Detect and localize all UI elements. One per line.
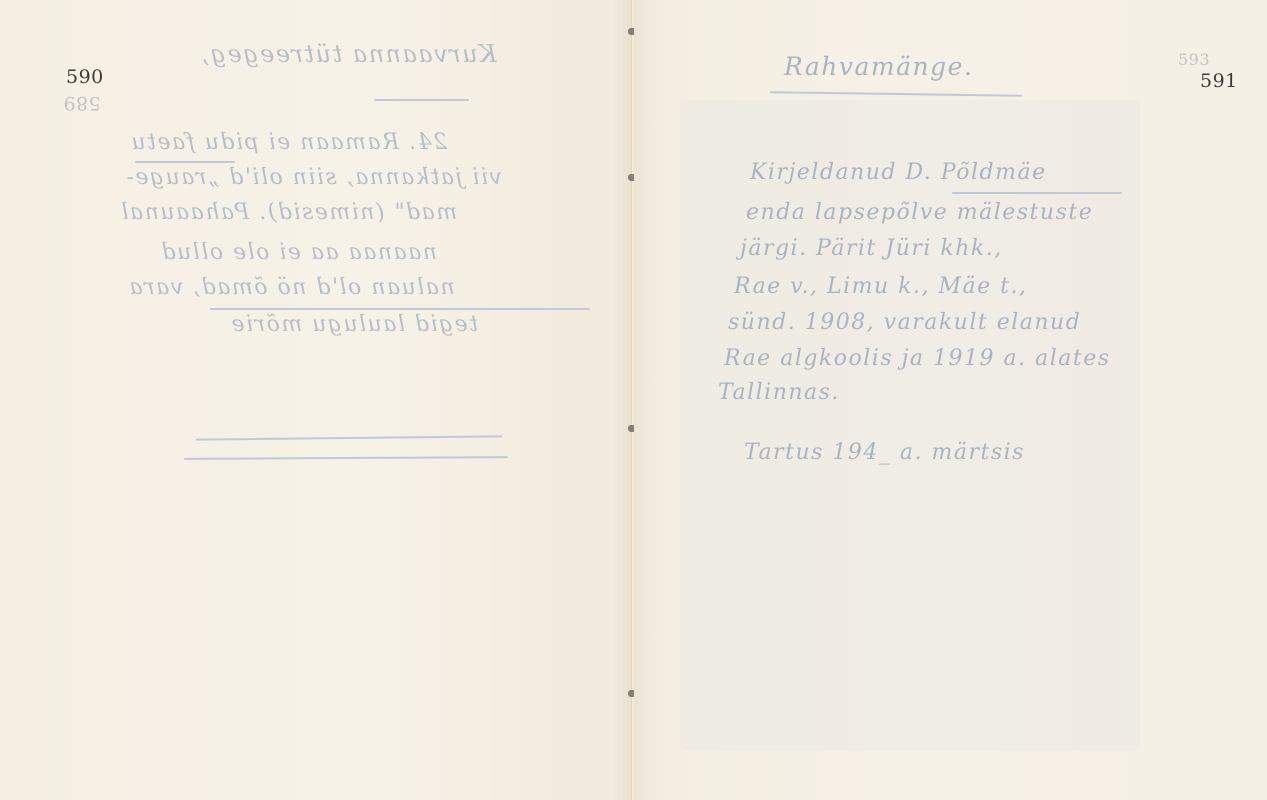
bleed-line-6: tegid laulugu mõrie: [230, 312, 478, 337]
name-underline: [952, 192, 1122, 194]
bleed-rule: [210, 308, 590, 310]
title-underline: [770, 91, 1022, 97]
bleed-line-3: mad" (nimesid). Pahaaunal: [120, 200, 457, 225]
bleed-underline: [135, 161, 235, 163]
closing-rule-2: [184, 456, 508, 460]
right-page-number: 591: [1200, 70, 1238, 92]
right-page: 593 591 Rahvamänge. Kirjeldanud D. Põldm…: [634, 0, 1267, 800]
body-line-4: Rae v., Limu k., Mäe t.,: [734, 274, 1027, 299]
body-line-1: Kirjeldanud D. Põldmäe: [750, 160, 1047, 185]
document-title: Rahvamänge.: [784, 52, 973, 81]
ghost-text-block: [680, 100, 1140, 750]
bleed-through-title: Kurvaanna tütreegeg,: [200, 40, 497, 68]
left-page-number: 590: [66, 66, 104, 88]
body-line-7: Tallinnas.: [718, 380, 840, 405]
date-line: Tartus 194_ a. märtsis: [744, 440, 1025, 465]
body-line-6: Rae algkoolis ja 1919 a. alates: [724, 346, 1111, 371]
bleed-line-5: naluan ol'd nö õmad, vara: [128, 275, 455, 300]
bleed-line-2: vii jatkanna, siin oli'd „rauge-: [125, 165, 502, 190]
body-line-5: sünd. 1908, varakult elanud: [728, 310, 1081, 335]
left-ghost-page-number: 589: [63, 92, 101, 114]
bleed-line-4: naanaa aa ei ole ollud: [160, 240, 437, 265]
closing-rule-1: [196, 435, 502, 440]
body-line-2: enda lapsepõlve mälestuste: [746, 200, 1093, 225]
left-page: 590 589 Kurvaanna tütreegeg, 24. Ramaan …: [0, 0, 632, 800]
notebook-spread: 590 589 Kurvaanna tütreegeg, 24. Ramaan …: [0, 0, 1267, 800]
bleed-line-1: 24. Ramaan ei pidu faetu: [130, 130, 447, 155]
body-line-3: järgi. Pärit Jüri khk.,: [740, 236, 1003, 261]
title-rule: [374, 99, 469, 101]
right-ghost-page-number: 593: [1178, 50, 1210, 69]
